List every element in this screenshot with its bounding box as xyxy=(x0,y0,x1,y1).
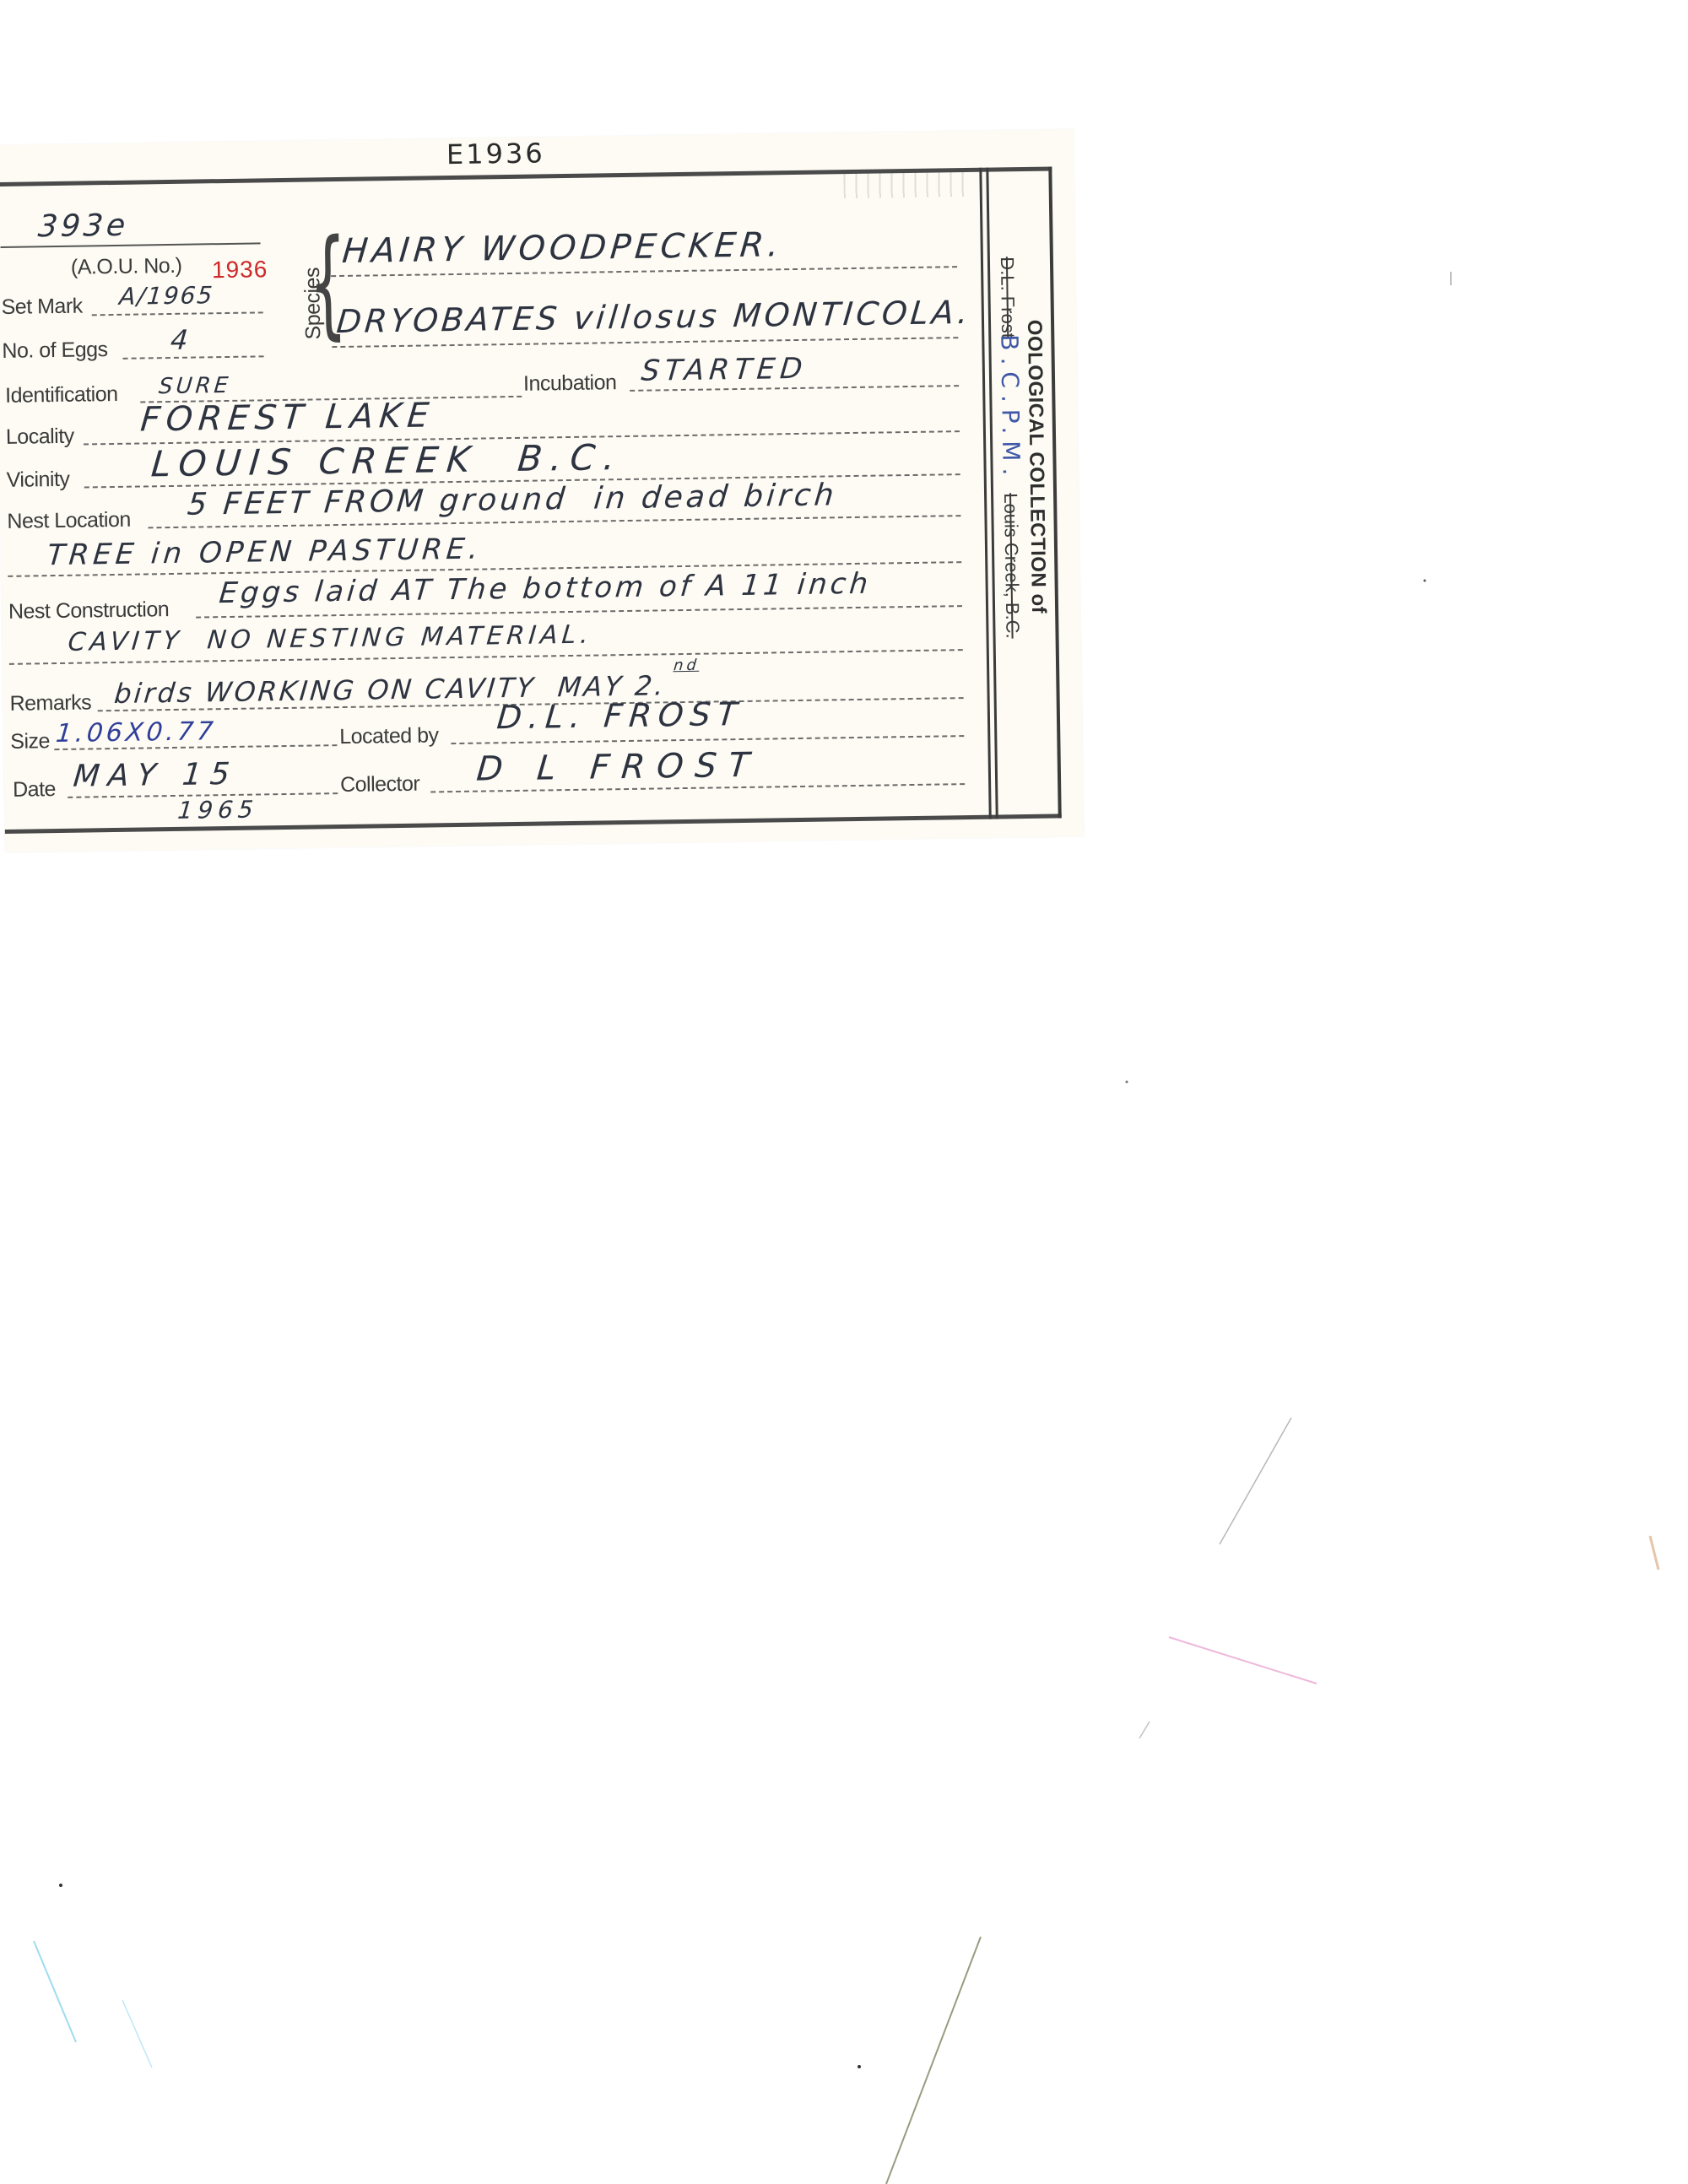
identification-label: Identification xyxy=(5,384,118,407)
size-label: Size xyxy=(10,731,50,753)
nest-location-value-1: 5 FEET FROM ground in dead birch xyxy=(187,480,839,520)
side-panel-handwritten-owner: B.C.P.M. xyxy=(997,334,1023,482)
incubation-value: STARTED xyxy=(640,354,809,386)
red-catalog-number: 1936 xyxy=(212,257,268,282)
located-by-line xyxy=(451,735,964,744)
vicinity-value: LOUIS CREEK B.C. xyxy=(150,440,625,482)
nest-location-value-2: TREE in OPEN PASTURE. xyxy=(46,535,483,570)
collector-label: Collector xyxy=(340,774,420,796)
nest-location-label: Nest Location xyxy=(7,510,131,532)
scanned-page: E1936 393e (A.O.U. No.) 1936 Set Mark A/… xyxy=(0,0,1688,2184)
remarks-label: Remarks xyxy=(9,692,91,714)
date-year: 1965 xyxy=(176,797,259,822)
locality-label: Locality xyxy=(6,426,74,448)
remarks-superscript: nd xyxy=(673,658,700,673)
collector-value: D L FROST xyxy=(475,749,762,787)
identification-value: SURE xyxy=(158,375,232,397)
size-value: 1.06X0.77 xyxy=(55,719,218,747)
aou-number-label: (A.O.U. No.) xyxy=(71,256,182,278)
right-border-rule xyxy=(1048,166,1061,818)
no-of-eggs-label: No. of Eggs xyxy=(2,339,107,362)
date-label: Date xyxy=(13,779,56,801)
aou-number-value: 393e xyxy=(37,211,130,243)
species-common-name: HAIRY WOODPECKER. xyxy=(341,228,784,268)
set-mark-label: Set Mark xyxy=(1,296,82,318)
locality-value: FOREST LAKE xyxy=(139,398,436,436)
incubation-label: Incubation xyxy=(523,372,617,395)
vicinity-label: Vicinity xyxy=(6,469,69,491)
no-of-eggs-value: 4 xyxy=(170,327,192,354)
located-by-label: Located by xyxy=(339,725,439,748)
set-mark-value: A/1965 xyxy=(118,284,214,309)
nest-construction-value-2: CAVITY NO NESTING MATERIAL. xyxy=(67,623,593,656)
faded-stamp xyxy=(843,171,970,198)
no-of-eggs-line xyxy=(123,355,264,359)
side-panel-title: OOLOGICAL COLLECTION of xyxy=(1024,320,1048,614)
species-scientific-name: DRYOBATES villosus MONTICOLA. xyxy=(335,296,972,338)
set-mark-line xyxy=(92,311,263,316)
oological-data-card: E1936 393e (A.O.U. No.) 1936 Set Mark A/… xyxy=(0,129,1084,852)
nest-construction-value-1: Eggs laid AT The bottom of A 11 inch xyxy=(218,570,872,608)
side-panel-struck-owner: D.L. Frost xyxy=(998,257,1017,338)
nest-construction-label: Nest Construction xyxy=(8,599,170,623)
side-panel-struck-place: Louis Creek, B.C. xyxy=(1001,493,1022,639)
located-by-value: D.L. FROST xyxy=(495,698,745,733)
bottom-border-rule xyxy=(5,814,1062,834)
catalog-number: E1936 xyxy=(446,139,545,168)
date-value: MAY 15 xyxy=(72,760,239,792)
